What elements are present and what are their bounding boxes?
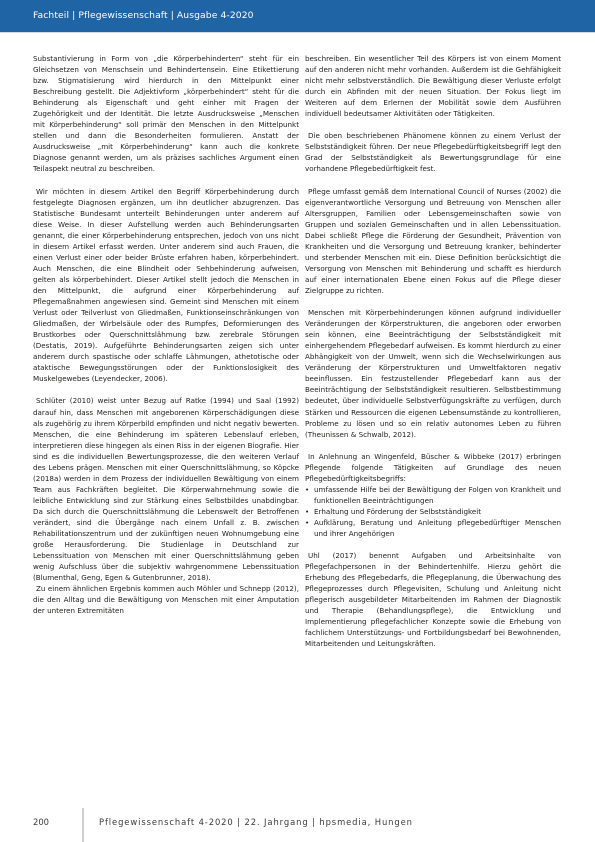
- page-number: 200: [33, 817, 49, 827]
- bullet-icon: •: [305, 517, 309, 528]
- bullet-list: • umfassende Hilfe bei der Bewältigung d…: [305, 484, 561, 539]
- running-header-title: Fachteil | Pflegewissenschaft | Ausgabe …: [33, 10, 254, 21]
- header-bar: Fachteil | Pflegewissenschaft | Ausgabe …: [0, 0, 595, 32]
- list-item: • Erhaltung und Förderung der Selbststän…: [305, 506, 561, 517]
- list-item-text: Erhaltung und Förderung der Selbstständi…: [314, 507, 481, 516]
- list-item: • Aufklärung, Beratung und Anleitung pfl…: [305, 517, 561, 539]
- paragraph: Pflege umfasst gemäß dem International C…: [305, 186, 561, 296]
- list-item-text: Aufklärung, Beratung und Anleitung pfleg…: [314, 518, 561, 538]
- right-column: beschreiben. Ein wesentlicher Teil des K…: [305, 53, 561, 650]
- footer-divider: [82, 808, 84, 842]
- header-divider: [0, 32, 595, 33]
- paragraph: Menschen mit Körperbehinderungen können …: [305, 307, 561, 440]
- bullet-icon: •: [305, 484, 309, 495]
- paragraph: Wir möchten in diesem Artikel den Begrif…: [33, 186, 299, 385]
- paragraph: Substantivierung in Form von „die Körper…: [33, 53, 299, 175]
- bullet-icon: •: [305, 506, 309, 517]
- paragraph: beschreiben. Ein wesentlicher Teil des K…: [305, 53, 561, 119]
- paragraph: Uhl (2017) benennt Aufgaben und Arbeitsi…: [305, 550, 561, 649]
- left-column: Substantivierung in Form von „die Körper…: [33, 53, 299, 616]
- paragraph: Die oben beschriebenen Phänomene können …: [305, 130, 561, 174]
- list-item-text: umfassende Hilfe bei der Bewältigung der…: [314, 485, 561, 505]
- paragraph: Zu einem ähnlichen Ergebnis kommen auch …: [33, 583, 299, 616]
- list-item: • umfassende Hilfe bei der Bewältigung d…: [305, 484, 561, 506]
- paragraph: Schlüter (2010) weist unter Bezug auf Ra…: [33, 395, 299, 583]
- paragraph: In Anlehnung an Wingenfeld, Büscher & Wi…: [305, 451, 561, 484]
- footer-publication-info: Pflegewissenschaft 4-2020 | 22. Jahrgang…: [99, 817, 413, 827]
